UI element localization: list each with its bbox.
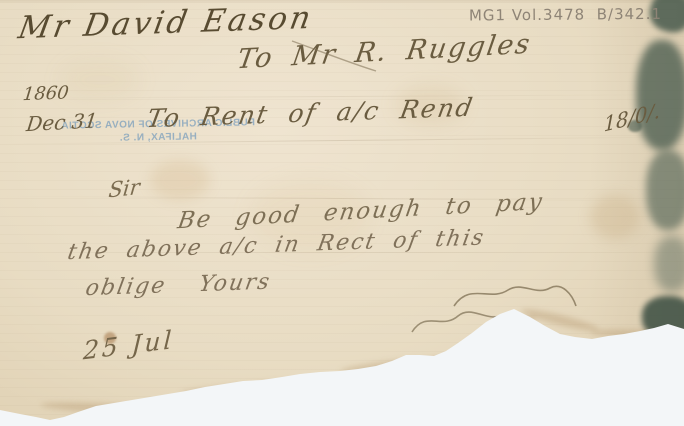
foxing-stain xyxy=(590,195,640,239)
entry-date: Dec 31 xyxy=(25,108,99,136)
scan-background: PUBLIC ARCHIVES OF NOVA SCOTIA HALIFAX, … xyxy=(0,0,684,426)
pen-tail-flourish xyxy=(290,35,380,75)
closing-date-fragment: 25 Jul xyxy=(82,325,175,366)
archival-reference-number: MG1 Vol.3478 B/342.1 xyxy=(400,5,662,25)
green-edge-stain xyxy=(642,296,684,338)
tear-edge-shading xyxy=(590,328,684,339)
body-line-3: oblige Yours xyxy=(84,270,274,302)
signature-fragment-torn xyxy=(408,300,528,340)
green-edge-stain xyxy=(646,150,684,230)
addressee-line: Mr David Eason xyxy=(16,0,317,46)
foxing-stain xyxy=(60,60,140,100)
green-edge-stain xyxy=(636,40,684,150)
green-edge-stain xyxy=(654,236,684,292)
foxing-stain xyxy=(150,160,210,200)
salutation: Sir xyxy=(107,175,141,203)
tear-edge-shading xyxy=(340,354,460,376)
entry-description: To Rent of a/c Rend xyxy=(145,93,477,134)
tear-edge-shading xyxy=(180,376,360,399)
year-label: 1860 xyxy=(22,82,70,105)
torn-paper-receipt: PUBLIC ARCHIVES OF NOVA SCOTIA HALIFAX, … xyxy=(0,0,684,426)
tear-edge-shading xyxy=(40,400,200,418)
